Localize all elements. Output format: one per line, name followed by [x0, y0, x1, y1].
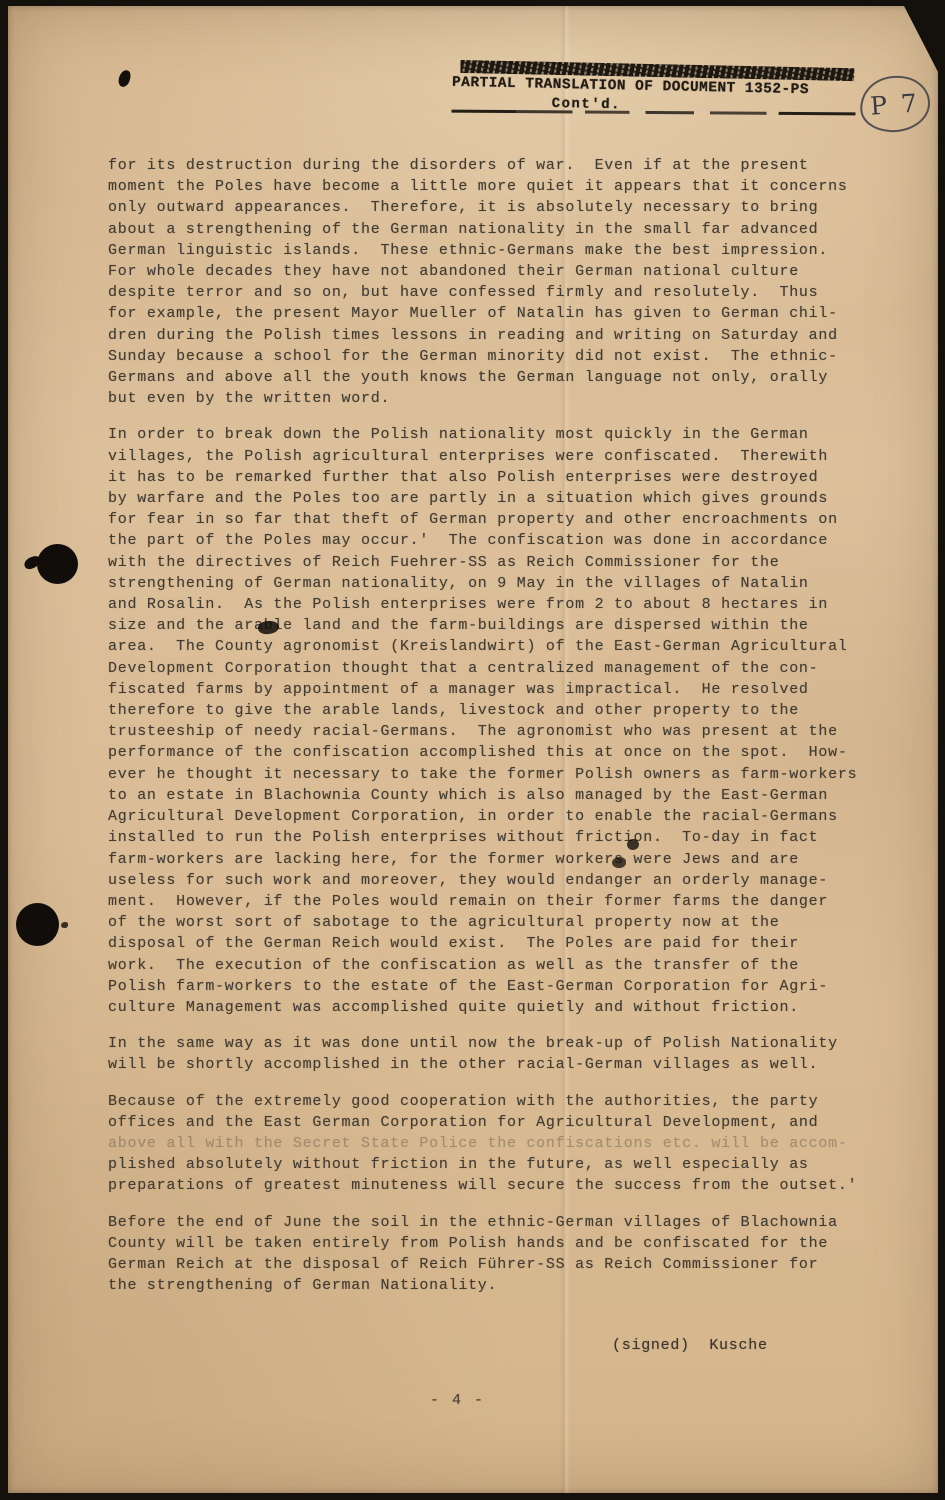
text-line: with the directives of Reich Fuehrer-SS … [108, 552, 857, 573]
text-line: therefore to give the arable lands, live… [108, 700, 857, 721]
text-line: culture Management was accomplished quit… [108, 997, 857, 1018]
text-line: the part of the Poles may occur.' The co… [108, 530, 857, 551]
text-line: to an estate in Blachownia County which … [108, 785, 857, 806]
text-line: of the worst sort of sabotage to the agr… [108, 912, 857, 933]
text-line: installed to run the Polish enterprises … [108, 827, 857, 848]
punch-hole [16, 903, 59, 946]
text-line: disposal of the German Reich would exist… [108, 933, 857, 954]
text-line: trusteeship of needy racial-Germans. The… [108, 721, 857, 742]
paragraph: In the same way as it was done until now… [108, 1033, 857, 1075]
text-line: performance of the confiscation accompli… [108, 742, 857, 763]
text-line: despite terror and so on, but have confe… [108, 282, 857, 303]
text-line: plished absolutely without friction in t… [108, 1154, 857, 1175]
text-line: dren during the Polish times lessons in … [108, 325, 857, 346]
text-line: but even by the written word. [108, 388, 857, 409]
text-line: it has to be remarked further that also … [108, 467, 857, 488]
text-line: ever he thought it necessary to take the… [108, 764, 857, 785]
signature-line: (signed) Kusche [612, 1337, 768, 1354]
text-line: area. The County agronomist (Kreislandwi… [108, 636, 857, 657]
text-line: for its destruction during the disorders… [108, 155, 857, 176]
text-line: ment. However, if the Poles would remain… [108, 891, 857, 912]
text-line: size and the arable land and the farm-bu… [108, 615, 857, 636]
text-line: Before the end of June the soil in the e… [108, 1212, 857, 1233]
text-line: only outward appearances. Therefore, it … [108, 197, 857, 218]
scanned-document-page: PARTIAL TRANSLATION OF DOCUMENT 1352-PS … [0, 0, 945, 1500]
text-line: German Reich at the disposal of Reich Fü… [108, 1254, 857, 1275]
text-line: will be shortly accomplished in the othe… [108, 1054, 857, 1075]
paragraph: In order to break down the Polish nation… [108, 424, 857, 1018]
text-line: German linguistic islands. These ethnic-… [108, 240, 857, 261]
ink-smudge [612, 857, 626, 868]
paragraph: for its destruction during the disorders… [108, 155, 857, 409]
text-line: Development Corporation thought that a c… [108, 658, 857, 679]
text-line: moment the Poles have become a little mo… [108, 176, 857, 197]
text-line: preparations of greatest minuteness will… [108, 1175, 857, 1196]
text-line: useless for such work and moreover, they… [108, 870, 857, 891]
text-line: In the same way as it was done until now… [108, 1033, 857, 1054]
text-line: work. The execution of the confiscation … [108, 955, 857, 976]
text-line: In order to break down the Polish nation… [108, 424, 857, 445]
text-line: offices and the East German Corporation … [108, 1112, 857, 1133]
text-line: about a strengthening of the German nati… [108, 219, 857, 240]
text-line: farm-workers are lacking here, for the f… [108, 849, 857, 870]
text-line: Agricultural Development Corporation, in… [108, 806, 857, 827]
document-body: for its destruction during the disorders… [108, 155, 857, 1311]
text-line: and Rosalin. As the Polish enterprises w… [108, 594, 857, 615]
text-line: Polish farm-workers to the estate of the… [108, 976, 857, 997]
text-line: Sunday because a school for the German m… [108, 346, 857, 367]
text-line: for fear in so far that theft of German … [108, 509, 857, 530]
translation-stamp: PARTIAL TRANSLATION OF DOCUMENT 1352-PS … [452, 60, 857, 118]
text-line: the strengthening of German Nationality. [108, 1275, 857, 1296]
text-line: Germans and above all the youth knows th… [108, 367, 857, 388]
page-number: - 4 - [430, 1392, 485, 1409]
paragraph: Because of the extremely good cooperatio… [108, 1091, 857, 1197]
text-line: strengthening of German nationality, on … [108, 573, 857, 594]
text-line: For whole decades they have not abandone… [108, 261, 857, 282]
text-line: above all with the Secret State Police t… [108, 1133, 857, 1154]
text-line: for example, the present Mayor Mueller o… [108, 303, 857, 324]
text-line: fiscated farms by appointment of a manag… [108, 679, 857, 700]
punch-hole [37, 544, 78, 584]
text-line: County will be taken entirely from Polis… [108, 1233, 857, 1254]
text-line: villages, the Polish agricultural enterp… [108, 446, 857, 467]
ink-smudge [627, 839, 639, 850]
paragraph: Before the end of June the soil in the e… [108, 1212, 857, 1297]
text-line: Because of the extremely good cooperatio… [108, 1091, 857, 1112]
text-line: by warfare and the Poles too are partly … [108, 488, 857, 509]
